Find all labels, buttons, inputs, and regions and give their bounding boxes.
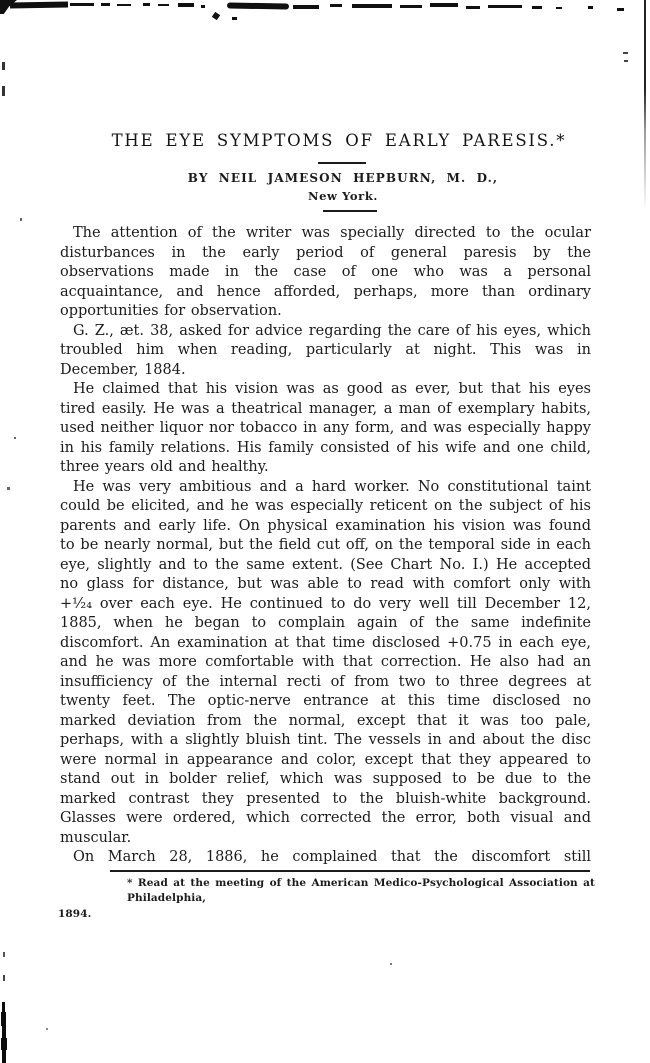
scan-artifact: [1, 1038, 7, 1050]
article-title: THE EYE SYMPTOMS OF EARLY PARESIS.*: [0, 131, 650, 150]
scan-artifact: [330, 4, 342, 7]
scan-artifact: [201, 5, 205, 8]
paragraph: G. Z., æt. 38, asked for advice regardin…: [60, 322, 591, 381]
footnote-text: * Read at the meeting of the American Me…: [127, 876, 595, 906]
byline-location: New York.: [0, 189, 650, 203]
scan-artifact: [400, 5, 422, 8]
scan-artifact: [14, 437, 16, 439]
footnote: * Read at the meeting of the American Me…: [58, 870, 595, 922]
footnote-divider-rule: [110, 870, 590, 872]
scan-artifact: [46, 1028, 48, 1030]
scan-artifact: [101, 3, 110, 6]
scan-artifact: [143, 3, 150, 6]
scanned-paper-page: THE EYE SYMPTOMS OF EARLY PARESIS.* BY N…: [0, 0, 650, 1063]
scan-artifact: [3, 952, 5, 957]
scan-artifact: [2, 62, 5, 70]
paragraph: The attention of the writer was speciall…: [60, 224, 591, 322]
scan-artifact: [7, 487, 10, 490]
scan-artifact-right-line: [644, 0, 646, 210]
scan-artifact: [70, 3, 94, 6]
scan-artifact: [623, 52, 628, 54]
scan-artifact: [488, 5, 522, 8]
scan-artifact: [624, 60, 628, 62]
scan-artifact: [430, 3, 458, 7]
scan-artifact: [532, 6, 542, 9]
scan-artifact: [20, 218, 22, 221]
paragraph: He was very ambitious and a hard worker.…: [60, 478, 591, 849]
scan-artifact: [2, 1026, 6, 1038]
paragraph: He claimed that his vision was as good a…: [60, 380, 591, 478]
paragraph: On March 28, 1886, he complained that th…: [60, 848, 591, 868]
scan-artifact: [390, 963, 392, 965]
scan-artifact: [1, 1012, 6, 1026]
article-body: The attention of the writer was speciall…: [60, 224, 591, 868]
scan-artifact: [466, 6, 480, 9]
scan-artifact: [3, 975, 5, 981]
scan-artifact: [588, 6, 593, 9]
title-divider-rule: [318, 162, 366, 164]
scan-artifact: [2, 86, 5, 96]
scan-artifact: [2, 1002, 5, 1012]
scan-artifact: [158, 4, 169, 6]
scan-artifact: [352, 4, 392, 8]
byline-divider-rule: [323, 210, 377, 212]
scan-artifact: [227, 2, 289, 9]
scan-artifact: [10, 1, 68, 8]
footnote-year: 1894.: [58, 907, 595, 922]
scan-artifact: [2, 1050, 6, 1063]
scan-artifact: [212, 12, 220, 20]
scan-artifact: [178, 3, 194, 7]
scan-artifact: [117, 4, 131, 6]
scan-artifact: [617, 8, 624, 11]
scan-artifact: [293, 5, 319, 9]
article-byline: BY NEIL JAMESON HEPBURN, M. D.,: [0, 171, 650, 185]
scan-artifact: [556, 7, 562, 9]
scan-artifact: [232, 17, 237, 20]
